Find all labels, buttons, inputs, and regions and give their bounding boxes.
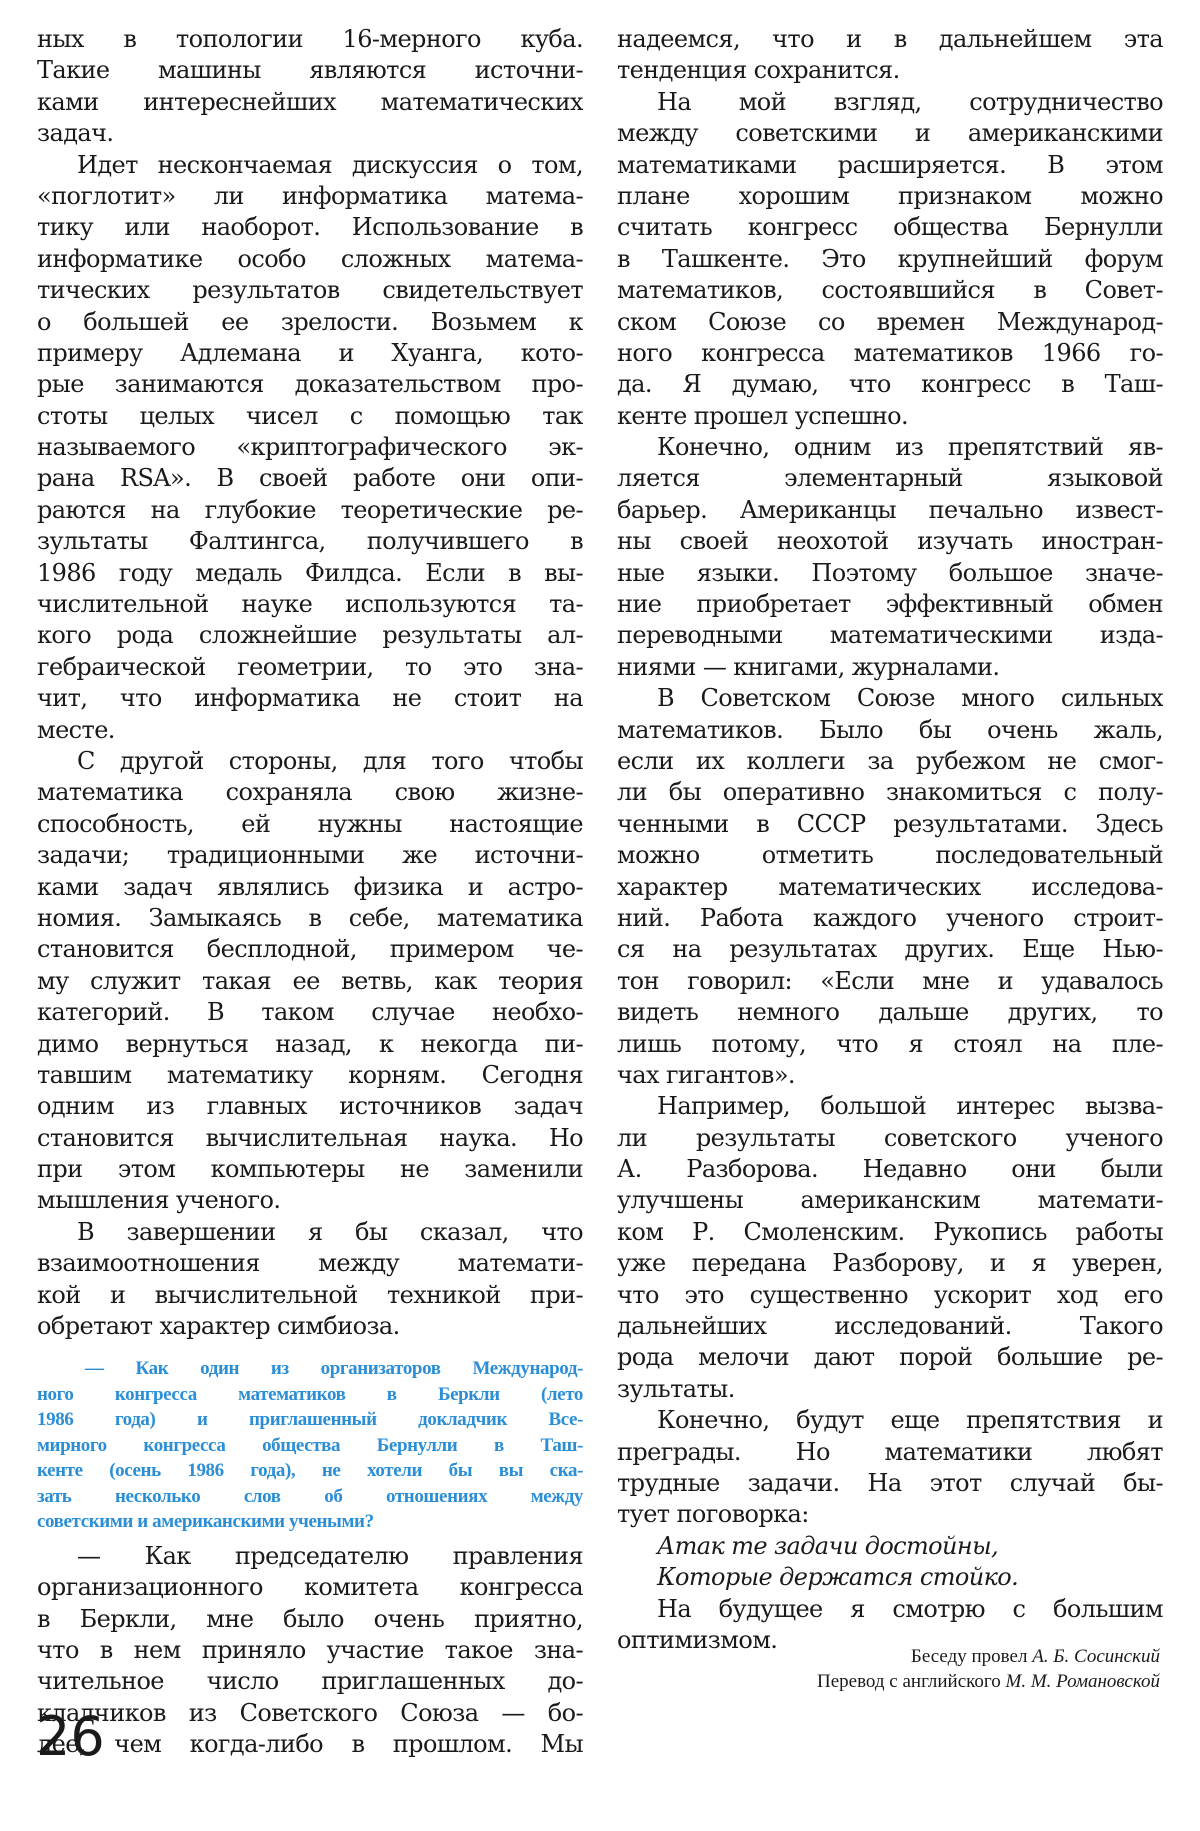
text-line: тон говорил: «Если мне и удавалось — [617, 966, 1163, 997]
text-line: преграды. Но математики любят — [617, 1437, 1163, 1468]
translation-credit: Перевод с английского М. М. Романовской — [817, 1669, 1160, 1694]
text-line: ного конгресса математиков в Беркли (лет… — [37, 1382, 583, 1408]
text-line: уже передана Разборову, и я уверен, — [617, 1248, 1163, 1279]
text-line: тенденция сохранится. — [617, 55, 1163, 86]
text-line: ляется элементарный языковой — [617, 463, 1163, 494]
text-line: С другой стороны, для того чтобы — [37, 746, 583, 777]
text-line: рода мелочи дают порой большие ре- — [617, 1342, 1163, 1373]
text-line: в Ташкенте. Это крупнейший форум — [617, 244, 1163, 275]
text-line: организационного комитета конгресса — [37, 1572, 583, 1603]
paragraph: Идет нескончаемая дискуссия о том,«погло… — [37, 150, 583, 746]
text-line: кого рода сложнейшие результаты ал- — [37, 620, 583, 651]
text-line: информатике особо сложных матема- — [37, 244, 583, 275]
text-line: математиков, состоявшийся в Совет- — [617, 275, 1163, 306]
text-line: чит, что информатика не стоит на — [37, 683, 583, 714]
text-line: мышления ученого. — [37, 1185, 583, 1216]
text-line: между советскими и американскими — [617, 118, 1163, 149]
text-line: задач. — [37, 118, 583, 149]
paragraph: Конечно, одним из препятствий яв-ляется … — [617, 432, 1163, 683]
interview-credit: Беседу провел А. Б. Сосинский — [817, 1644, 1160, 1669]
text-line: чах гигантов». — [617, 1060, 1163, 1091]
text-line: кладчиков из Советского Союза — бо- — [37, 1698, 583, 1729]
text-line: ли бы оперативно знакомиться с полу- — [617, 777, 1163, 808]
text-line: Конечно, будут еще препятствия и — [617, 1405, 1163, 1436]
text-line: ны своей неохотой изучать иностран- — [617, 526, 1163, 557]
text-line: зать несколько слов об отношениях между — [37, 1484, 583, 1510]
text-line: лее, чем когда-либо в прошлом. Мы — [37, 1729, 583, 1760]
text-line: переводными математическими изда- — [617, 620, 1163, 651]
text-line: ком Р. Смоленским. Рукопись работы — [617, 1217, 1163, 1248]
text-line: мирного конгресса общества Бернулли в Та… — [37, 1433, 583, 1459]
text-line: ли результаты советского ученого — [617, 1123, 1163, 1154]
text-line: тавшим математику корням. Сегодня — [37, 1060, 583, 1091]
text-line: Например, большой интерес вызва- — [617, 1091, 1163, 1122]
text-line: рана RSA». В своей работе они опи- — [37, 463, 583, 494]
text-line: математиками расширяется. В этом — [617, 150, 1163, 181]
text-line: да. Я думаю, что конгресс в Таш- — [617, 369, 1163, 400]
text-line: — Как председателю правления — [37, 1541, 583, 1572]
text-line: что в нем приняло участие такое зна- — [37, 1635, 583, 1666]
text-line: числительной науке используются та- — [37, 589, 583, 620]
text-line: тует поговорка: — [617, 1499, 1163, 1530]
text-line: становится бесплодной, примером че- — [37, 934, 583, 965]
text-line: ных в топологии 16-мерного куба. — [37, 24, 583, 55]
text-line: кенте (осень 1986 года), не хотели бы вы… — [37, 1458, 583, 1484]
text-line: считать конгресс общества Бернулли — [617, 212, 1163, 243]
text-line: видеть немного дальше других, то — [617, 997, 1163, 1028]
text-line: примеру Адлемана и Хуанга, кото- — [37, 338, 583, 369]
paragraph: На мой взгляд, сотрудничествомежду совет… — [617, 87, 1163, 432]
text-line: кенте прошел успешно. — [617, 401, 1163, 432]
text-line: взаимоотношения между математи- — [37, 1248, 583, 1279]
text-line: ний. Работа каждого ученого строит- — [617, 903, 1163, 934]
text-line: советскими и американскими учеными? — [37, 1509, 583, 1535]
translator-name: М. М. Романовской — [1006, 1671, 1161, 1692]
text-line: Идет нескончаемая дискуссия о том, — [37, 150, 583, 181]
text-line: 1986 года) и приглашенный докладчик Все- — [37, 1407, 583, 1433]
interviewer-name: А. Б. Сосинский — [1032, 1646, 1160, 1667]
text-line: кой и вычислительной техникой при- — [37, 1280, 583, 1311]
text-line: На мой взгляд, сотрудничество — [617, 87, 1163, 118]
text-line: В Советском Союзе много сильных — [617, 683, 1163, 714]
text-line: одним из главных источников задач — [37, 1091, 583, 1122]
text-line: «поглотит» ли информатика матема- — [37, 181, 583, 212]
text-line: раются на глубокие теоретические ре- — [37, 495, 583, 526]
text-line: На будущее я смотрю с большим — [617, 1594, 1163, 1625]
text-line: В завершении я бы сказал, что — [37, 1217, 583, 1248]
text-line: димо вернуться назад, к некогда пи- — [37, 1029, 583, 1060]
paragraph: В Советском Союзе много сильныхматематик… — [617, 683, 1163, 1091]
text-line: Такие машины являются источни- — [37, 55, 583, 86]
text-line: гебраической геометрии, то это зна- — [37, 652, 583, 683]
text-line: тических результатов свидетельствует — [37, 275, 583, 306]
text-line: дальнейших исследований. Такого — [617, 1311, 1163, 1342]
text-line: чительное число приглашенных до- — [37, 1666, 583, 1697]
left-column: ных в топологии 16-мерного куба.Такие ма… — [37, 24, 583, 1761]
text-line: улучшены американским математи- — [617, 1185, 1163, 1216]
text-line: зультаты. — [617, 1374, 1163, 1405]
text-line: характер математических исследова- — [617, 872, 1163, 903]
credits: Беседу провел А. Б. Сосинский Перевод с … — [817, 1644, 1160, 1694]
text-line: становится вычислительная наука. Но — [37, 1123, 583, 1154]
interviewer-question: — Как один из организаторов Международ-н… — [37, 1356, 583, 1535]
text-line: ся на результатах других. Еще Нью- — [617, 934, 1163, 965]
page-number: 26 — [36, 1707, 105, 1767]
text-line: задачи; традиционными же источни- — [37, 840, 583, 871]
paragraph: В завершении я бы сказал, чтовзаимоотнош… — [37, 1217, 583, 1343]
paragraph: Например, большой интерес вызва-ли резул… — [617, 1091, 1163, 1405]
text-line: ние приобретает эффективный обмен — [617, 589, 1163, 620]
text-line: математиков. Было бы очень жаль, — [617, 715, 1163, 746]
right-column: надеемся, что и в дальнейшем этатенденци… — [617, 24, 1163, 1656]
text-line: называемого «криптографического эк- — [37, 432, 583, 463]
text-line: стоты целых чисел с помощью так — [37, 401, 583, 432]
text-line: трудные задачи. На этот случай бы- — [617, 1468, 1163, 1499]
text-line: рые занимаются доказательством про- — [37, 369, 583, 400]
text-line: ками задач являлись физика и астро- — [37, 872, 583, 903]
text-line: му служит такая ее ветвь, как теория — [37, 966, 583, 997]
text-line: ниями — книгами, журналами. — [617, 652, 1163, 683]
text-line: ченными в СССР результатами. Здесь — [617, 809, 1163, 840]
interview-label: Беседу провел — [911, 1646, 1028, 1667]
paragraph: ных в топологии 16-мерного куба.Такие ма… — [37, 24, 583, 150]
text-line: о большей ее зрелости. Возьмем к — [37, 307, 583, 338]
translation-label: Перевод с английского — [817, 1671, 1001, 1692]
text-line: что это существенно ускорит ход его — [617, 1280, 1163, 1311]
text-line: А. Разборова. Недавно они были — [617, 1154, 1163, 1185]
text-line: тику или наоборот. Использование в — [37, 212, 583, 243]
text-line: при этом компьютеры не заменили — [37, 1154, 583, 1185]
text-line: лишь потому, что я стоял на пле- — [617, 1029, 1163, 1060]
paragraph: надеемся, что и в дальнейшем этатенденци… — [617, 24, 1163, 87]
text-line: Конечно, одним из препятствий яв- — [617, 432, 1163, 463]
text-line: 1986 году медаль Филдса. Если в вы- — [37, 558, 583, 589]
text-line: ками интереснейших математических — [37, 87, 583, 118]
answer-paragraph: — Как председателю правленияорганизацион… — [37, 1541, 583, 1761]
text-line: ного конгресса математиков 1966 го- — [617, 338, 1163, 369]
text-line: ные языки. Поэтому большое значе- — [617, 558, 1163, 589]
text-line: способность, ей нужны настоящие — [37, 809, 583, 840]
paragraph: С другой стороны, для того чтобыматемати… — [37, 746, 583, 1217]
text-line: зультаты Фалтингса, получившего в — [37, 526, 583, 557]
verse-line: Которые держатся стойко. — [617, 1562, 1163, 1593]
text-line: ском Союзе со времен Международ- — [617, 307, 1163, 338]
text-line: плане хорошим признаком можно — [617, 181, 1163, 212]
text-line: обретают характер симбиоза. — [37, 1311, 583, 1342]
text-line: барьер. Американцы печально извест- — [617, 495, 1163, 526]
paragraph: Конечно, будут еще препятствия ипреграды… — [617, 1405, 1163, 1531]
text-line: номия. Замыкаясь в себе, математика — [37, 903, 583, 934]
text-line: категорий. В таком случае необхо- — [37, 997, 583, 1028]
verse-line: Атак те задачи достойны, — [617, 1531, 1163, 1562]
verse: Атак те задачи достойны,Которые держатся… — [617, 1531, 1163, 1594]
text-line: можно отметить последовательный — [617, 840, 1163, 871]
text-line: в Беркли, мне было очень приятно, — [37, 1604, 583, 1635]
text-line: — Как один из организаторов Международ- — [37, 1356, 583, 1382]
text-line: месте. — [37, 715, 583, 746]
text-line: если их коллеги за рубежом не смог- — [617, 746, 1163, 777]
text-line: надеемся, что и в дальнейшем эта — [617, 24, 1163, 55]
text-line: математика сохраняла свою жизне- — [37, 777, 583, 808]
